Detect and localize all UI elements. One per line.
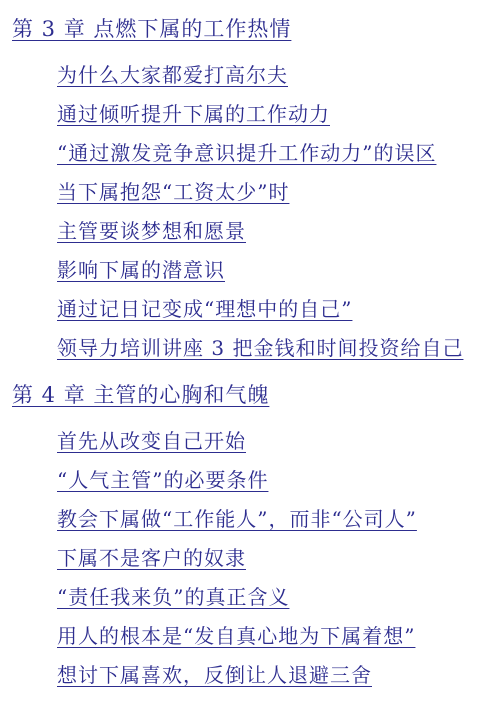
toc-item-link[interactable]: 下属不是客户的奴隶 bbox=[57, 539, 497, 578]
chapter-section: 第 4 章 主管的心胸和气魄 首先从改变自己开始“人气主管”的必要条件教会下属做… bbox=[0, 374, 497, 695]
toc-item-link[interactable]: “责任我来负”的真正含义 bbox=[57, 578, 497, 617]
chapter-section: 第 3 章 点燃下属的工作热情 为什么大家都爱打高尔夫通过倾听提升下属的工作动力… bbox=[0, 8, 497, 368]
toc-item-link[interactable]: “通过激发竞争意识提升工作动力”的误区 bbox=[57, 134, 497, 173]
toc-item-link[interactable]: 为什么大家都爱打高尔夫 bbox=[57, 56, 497, 95]
chapter-title-link[interactable]: 第 3 章 点燃下属的工作热情 bbox=[12, 8, 497, 50]
toc-item-link[interactable]: 领导力培训讲座 3 把金钱和时间投资给自己 bbox=[57, 329, 497, 368]
toc-item-link[interactable]: 主管要谈梦想和愿景 bbox=[57, 212, 497, 251]
toc-item-link[interactable]: 用人的根本是“发自真心地为下属着想” bbox=[57, 617, 497, 656]
toc-item-link[interactable]: 当下属抱怨“工资太少”时 bbox=[57, 173, 497, 212]
toc-item-link[interactable]: 教会下属做“工作能人”，而非“公司人” bbox=[57, 500, 497, 539]
toc-item-link[interactable]: 想讨下属喜欢，反倒让人退避三舍 bbox=[57, 656, 497, 695]
table-of-contents: 第 3 章 点燃下属的工作热情 为什么大家都爱打高尔夫通过倾听提升下属的工作动力… bbox=[0, 0, 497, 695]
chapter-items: 首先从改变自己开始“人气主管”的必要条件教会下属做“工作能人”，而非“公司人”下… bbox=[0, 422, 497, 695]
chapter-title-link[interactable]: 第 4 章 主管的心胸和气魄 bbox=[12, 374, 497, 416]
toc-item-link[interactable]: 通过倾听提升下属的工作动力 bbox=[57, 95, 497, 134]
toc-item-link[interactable]: 首先从改变自己开始 bbox=[57, 422, 497, 461]
toc-item-link[interactable]: “人气主管”的必要条件 bbox=[57, 461, 497, 500]
chapter-items: 为什么大家都爱打高尔夫通过倾听提升下属的工作动力“通过激发竞争意识提升工作动力”… bbox=[0, 56, 497, 368]
toc-item-link[interactable]: 通过记日记变成“理想中的自己” bbox=[57, 290, 497, 329]
toc-item-link[interactable]: 影响下属的潜意识 bbox=[57, 251, 497, 290]
